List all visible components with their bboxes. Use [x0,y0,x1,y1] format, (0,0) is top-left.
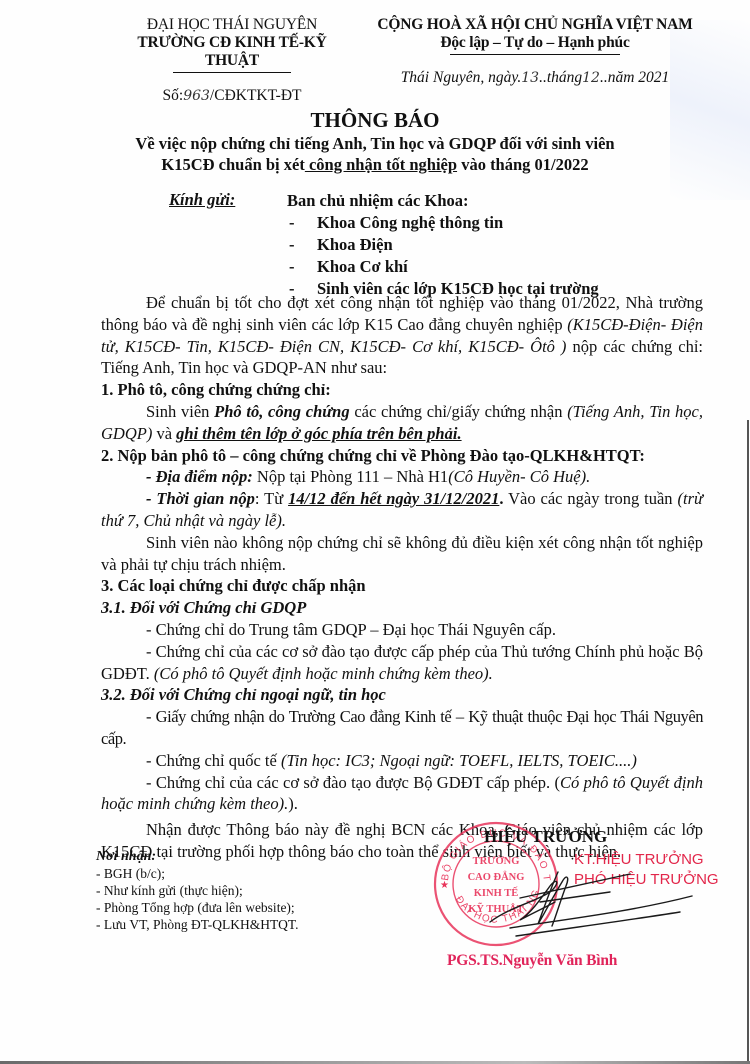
date-day: 13 [521,70,539,86]
distribution-heading: Nơi nhận: [96,848,299,865]
addressee-head: Ban chủ nhiệm các Khoa: [287,190,599,212]
time-colon: : Từ [255,489,288,508]
date-prefix: Thái Nguyên, ngày [401,69,518,86]
s1-emphasis: Phô tô, công chứng [214,402,349,421]
addressee-item: -Khoa Cơ khí [287,256,599,278]
distribution-item: - Như kính gửi (thực hiện); [96,882,299,899]
svg-text:★: ★ [440,880,449,891]
letterhead-rule-left [173,72,291,73]
ref-number: 963 [183,88,210,104]
distribution-item: - Phòng Tổng hợp (đưa lên website); [96,899,299,916]
section-1-heading: 1. Phô tô, công chứng chứng chỉ: [101,379,703,401]
warning-paragraph: Sinh viên nào không nộp chứng chỉ sẽ khô… [101,532,703,576]
document-reference: Số:963/CĐKTKT-ĐT [112,87,352,105]
letterhead-rule-right [450,54,620,55]
addressee-list: Ban chủ nhiệm các Khoa: -Khoa Công nghệ … [287,190,599,300]
s31-item2-note: (Có phô tô Quyết định hoặc minh chứng kè… [154,664,493,683]
subject-part-underlined: công nhận tốt nghiệp [305,155,457,174]
subject-part-a: K15CĐ chuẩn bị xét [161,155,304,174]
s32-item2-note: (Tin học: IC3; Ngoại ngữ: TOEFL, IELTS, … [281,751,637,770]
place-label: - Địa điểm nộp: [146,467,253,486]
s32-item3-end: ). [288,794,298,813]
section-1-paragraph: Sinh viên Phô tô, công chứng các chứng c… [101,401,703,445]
ref-prefix: Số: [163,87,184,104]
s1-text: Sinh viên [146,402,214,421]
place-value: Nộp tại Phòng 111 – Nhà H1 [253,467,448,486]
time-rest: Vào các ngày trong tuần [503,489,677,508]
section-2-heading: 2. Nộp bản phô tô – công chứng chứng chỉ… [101,445,703,467]
submission-place: - Địa điểm nộp: Nộp tại Phòng 111 – Nhà … [101,466,703,488]
section-3-heading: 3. Các loại chứng chỉ được chấp nhận [101,575,703,597]
signatory-name: PGS.TS.Nguyễn Văn Bình [447,952,617,970]
national-motto: Độc lập – Tự do – Hạnh phúc [370,34,700,52]
addressee-text: Khoa Công nghệ thông tin [317,212,503,234]
scan-edge-right [747,420,749,1064]
place-contacts: (Cô Huyền- Cô Huệ). [448,467,590,486]
s1-instruction: ghi thêm tên lớp ở góc phía trên bên phả… [176,424,461,443]
addressee-text: Khoa Cơ khí [317,256,408,278]
submission-time: - Thời gian nộp: Từ 14/12 đến hết ngày 3… [101,488,703,532]
document-subject-line2: K15CĐ chuẩn bị xét công nhận tốt nghiệp … [0,154,750,175]
date-month: 12 [582,70,600,86]
s32-item2-text: - Chứng chỉ quốc tế [146,751,281,770]
s1-text-2: các chứng chỉ/giấy chứng nhận [350,402,568,421]
addressee-text: Khoa Điện [317,234,393,256]
section-3-2-item: - Chứng chỉ của các cơ sở đào tạo được B… [101,772,703,816]
section-3-2-item: - Chứng chỉ quốc tế (Tin học: IC3; Ngoại… [101,750,703,772]
document-subject-line1: Về việc nộp chứng chỉ tiếng Anh, Tin học… [0,133,750,154]
letterhead-organization: ĐẠI HỌC THÁI NGUYÊN TRƯỜNG CĐ KINH TẾ-KỸ… [112,16,352,105]
section-3-1-item: - Chứng chỉ của các cơ sở đào tạo được c… [101,641,703,685]
s1-text-3: và [152,424,176,443]
year-label: năm 2021 [608,69,670,86]
time-range: 14/12 đến hết ngày 31/12/2021 [288,489,499,508]
parent-organization: ĐẠI HỌC THÁI NGUYÊN [112,16,352,34]
subject-part-b: vào tháng 01/2022 [457,155,589,174]
section-3-2-heading: 3.2. Đối với Chứng chỉ ngoại ngữ, tin họ… [101,684,703,706]
addressee-label: Kính gửi: [169,190,235,210]
document-body: Để chuẩn bị tốt cho đợt xét công nhận tố… [101,292,703,863]
distribution-list: Nơi nhận: - BGH (b/c); - Như kính gửi (t… [96,848,299,933]
section-3-2-item: - Giấy chứng nhận do Trường Cao đẳng Kin… [101,706,703,750]
issuing-organization: TRƯỜNG CĐ KINH TẾ-KỸ THUẬT [112,34,352,70]
distribution-item: - Lưu VT, Phòng ĐT-QLKH&HTQT. [96,916,299,933]
document-date: Thái Nguyên, ngày.13..tháng12..năm 2021 [370,69,700,87]
s32-item3-text: - Chứng chỉ của các cơ sở đào tạo được B… [146,773,560,792]
document-page: ĐẠI HỌC THÁI NGUYÊN TRƯỜNG CĐ KINH TẾ-KỸ… [0,0,750,1064]
signatory-title: HIỆU TRƯỞNG [484,827,607,847]
intro-paragraph: Để chuẩn bị tốt cho đợt xét công nhận tố… [101,292,703,379]
national-name: CỘNG HOÀ XÃ HỘI CHỦ NGHĨA VIỆT NAM [370,16,700,34]
time-label: - Thời gian nộp [146,489,255,508]
handwritten-signature-icon [480,862,700,942]
ref-suffix: /CĐKTKT-ĐT [210,87,302,104]
addressee-item: -Khoa Điện [287,234,599,256]
document-title: THÔNG BÁO [0,108,750,133]
month-label: tháng [547,69,582,86]
section-3-1-item: - Chứng chỉ do Trung tâm GDQP – Đại học … [101,619,703,641]
section-3-1-heading: 3.1. Đối với Chứng chỉ GDQP [101,597,703,619]
letterhead-national: CỘNG HOÀ XÃ HỘI CHỦ NGHĨA VIỆT NAM Độc l… [370,16,700,87]
distribution-item: - BGH (b/c); [96,865,299,882]
addressee-item: -Khoa Công nghệ thông tin [287,212,599,234]
